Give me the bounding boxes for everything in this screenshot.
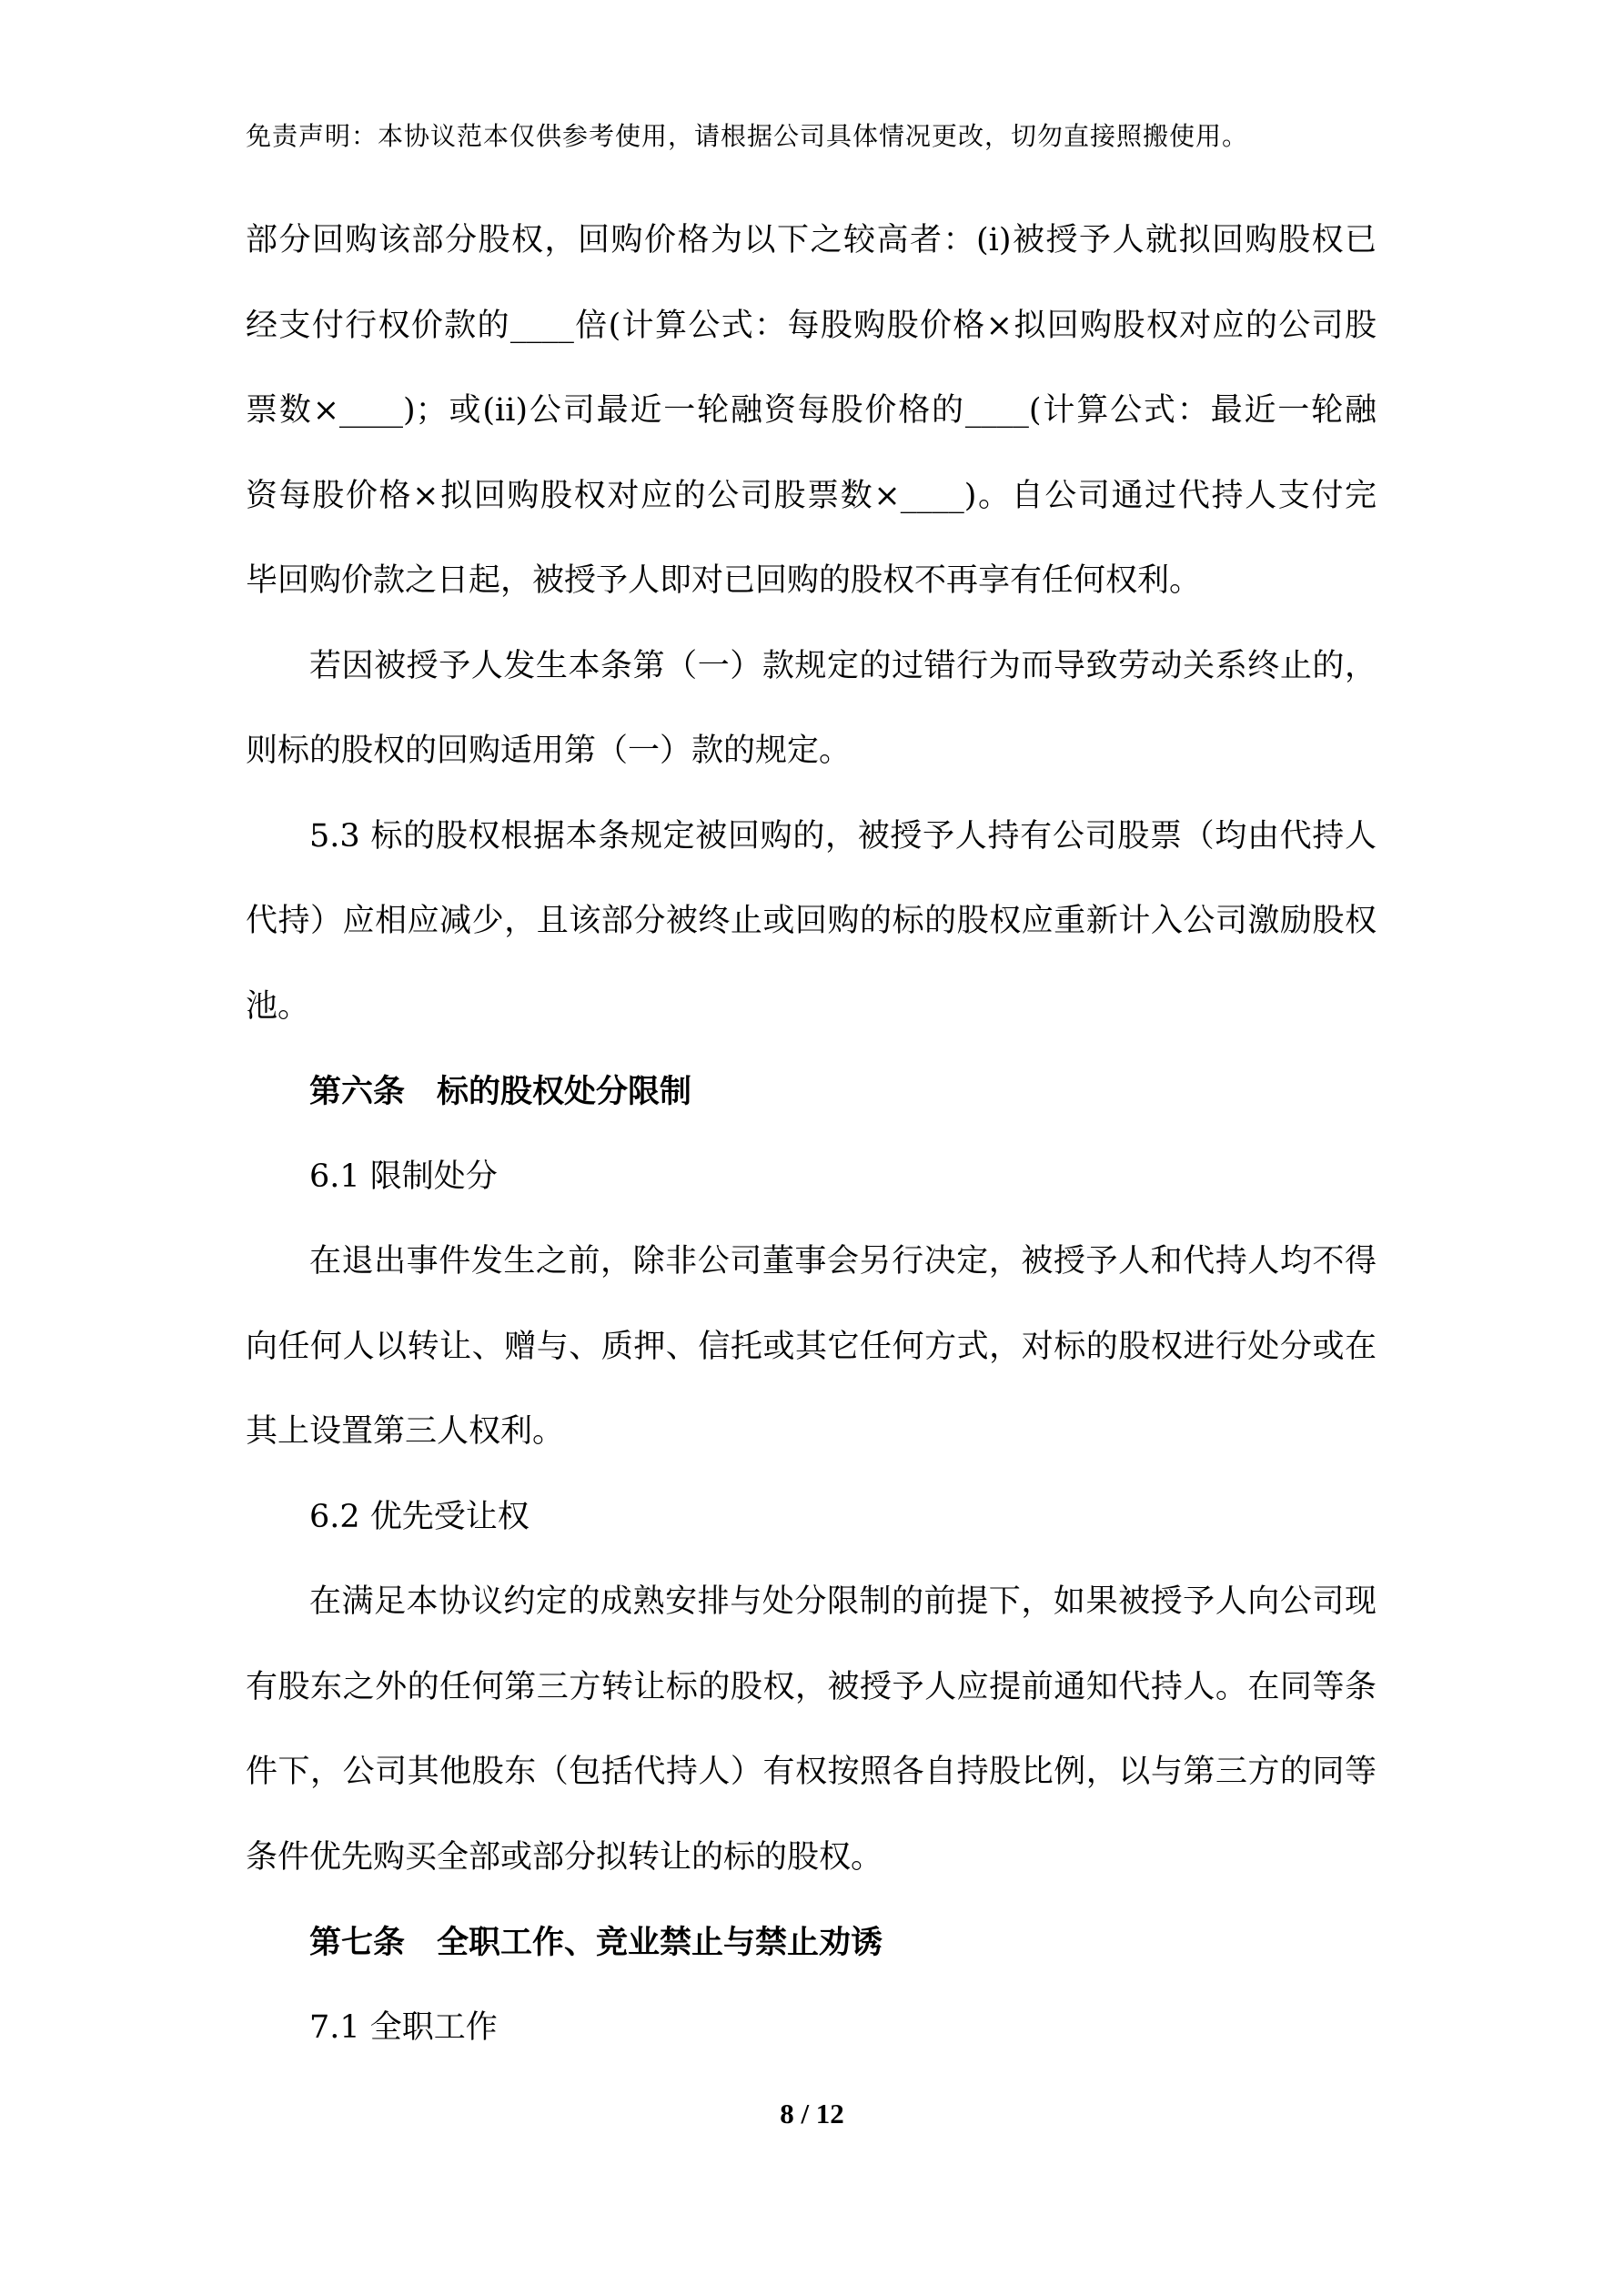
body-text-line: 其上设置第三人权利。 [246,1390,1377,1475]
disclaimer-text: 免责声明：本协议范本仅供参考使用，请根据公司具体情况更改，切勿直接照搬使用。 [246,116,1248,153]
clause-subheading: 6.2 优先受让权 [246,1475,1377,1561]
body-text-line: 代持）应相应减少，且该部分被终止或回购的标的股权应重新计入公司激励股权 [246,879,1377,965]
page-number: 8 / 12 [0,2098,1624,2130]
body-text-line: 部分回购该部分股权，回购价格为以下之较高者：(i)被授予人就拟回购股权已 [246,198,1377,284]
section-heading: 第七条 全职工作、竞业禁止与禁止劝诱 [246,1900,1377,1986]
document-body: 部分回购该部分股权，回购价格为以下之较高者：(i)被授予人就拟回购股权已经支付行… [246,198,1377,2070]
body-text-line: 资每股价格×拟回购股权对应的公司股票数×____)。自公司通过代持人支付完 [246,454,1377,540]
body-text-line: 有股东之外的任何第三方转让标的股权，被授予人应提前通知代持人。在同等条 [246,1645,1377,1731]
clause-subheading: 6.1 限制处分 [246,1135,1377,1220]
body-text-line: 经支付行权价款的____倍(计算公式：每股购股价格×拟回购股权对应的公司股 [246,284,1377,369]
body-text-line: 件下，公司其他股东（包括代持人）有权按照各自持股比例，以与第三方的同等 [246,1730,1377,1816]
body-text-line: 在退出事件发生之前，除非公司董事会另行决定，被授予人和代持人均不得 [246,1219,1377,1305]
body-text-line: 池。 [246,965,1377,1050]
body-text-line: 向任何人以转让、赠与、质押、信托或其它任何方式，对标的股权进行处分或在 [246,1305,1377,1391]
section-heading: 第六条 标的股权处分限制 [246,1049,1377,1135]
body-text-line: 毕回购价款之日起，被授予人即对已回购的股权不再享有任何权利。 [246,539,1377,624]
body-text-line: 则标的股权的回购适用第（一）款的规定。 [246,709,1377,794]
body-text-line: 5.3 标的股权根据本条规定被回购的，被授予人持有公司股票（均由代持人 [246,794,1377,880]
body-text-line: 若因被授予人发生本条第（一）款规定的过错行为而导致劳动关系终止的， [246,624,1377,710]
document-page: 免责声明：本协议范本仅供参考使用，请根据公司具体情况更改，切勿直接照搬使用。 部… [0,0,1624,2296]
body-text-line: 条件优先购买全部或部分拟转让的标的股权。 [246,1816,1377,1901]
clause-subheading: 7.1 全职工作 [246,1986,1377,2071]
body-text-line: 票数×____)；或(ii)公司最近一轮融资每股价格的____(计算公式：最近一… [246,369,1377,454]
body-text-line: 在满足本协议约定的成熟安排与处分限制的前提下，如果被授予人向公司现 [246,1560,1377,1645]
